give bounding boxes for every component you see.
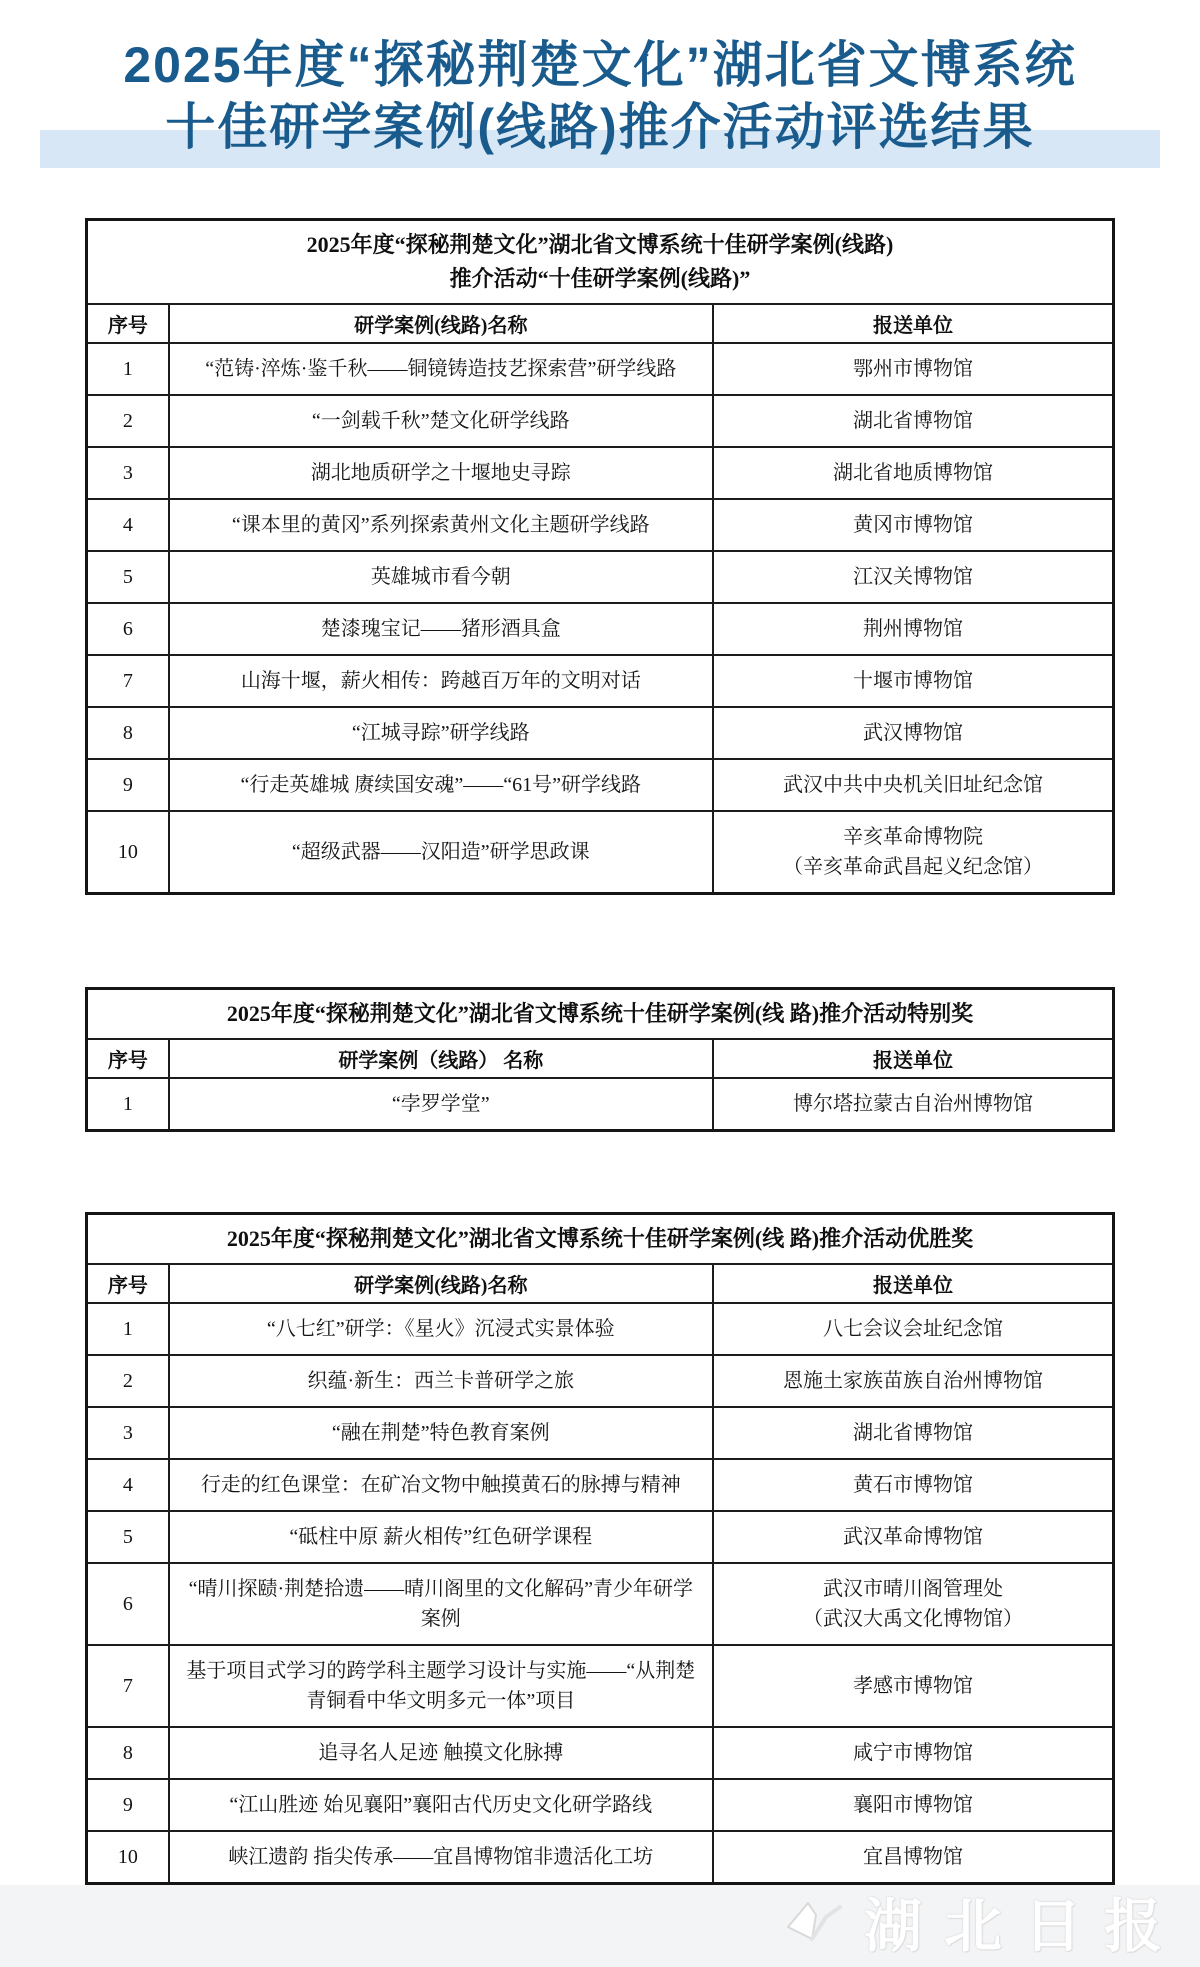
cell-serial: 6 (87, 1563, 169, 1645)
table-row: 7基于项目式学习的跨学科主题学习设计与实施——“从荆楚青铜看中华文明多元一体”项… (87, 1645, 1114, 1727)
cell-case-name: 行走的红色课堂：在矿冶文物中触摸黄石的脉搏与精神 (169, 1459, 713, 1511)
cell-case-name: “行走英雄城 赓续国安魂”——“61号”研学线路 (169, 759, 713, 811)
column-header: 研学案例(线路)名称 (169, 304, 713, 343)
table-row: 10“超级武器——汉阳造”研学思政课辛亥革命博物院 （辛亥革命武昌起义纪念馆） (87, 811, 1114, 894)
cell-case-name: 湖北地质研学之十堰地史寻踪 (169, 447, 713, 499)
cell-serial: 2 (87, 395, 169, 447)
cell-serial: 1 (87, 1078, 169, 1131)
column-header: 研学案例（线路） 名称 (169, 1039, 713, 1078)
table-row: 9“行走英雄城 赓续国安魂”——“61号”研学线路武汉中共中央机关旧址纪念馆 (87, 759, 1114, 811)
cell-case-name: 追寻名人足迹 触摸文化脉搏 (169, 1727, 713, 1779)
table-row: 4“课本里的黄冈”系列探索黄州文化主题研学线路黄冈市博物馆 (87, 499, 1114, 551)
table-title-line: 推介活动“十佳研学案例(线路)” (98, 262, 1102, 296)
column-header: 序号 (87, 304, 169, 343)
page-title: 2025年度“探秘荆楚文化”湖北省文博系统 十佳研学案例(线路)推介活动评选结果 (0, 0, 1200, 172)
column-header-row: 序号研学案例(线路)名称报送单位 (87, 304, 1114, 343)
table-row: 7山海十堰，薪火相传：跨越百万年的文明对话十堰市博物馆 (87, 655, 1114, 707)
cell-submitting-unit: 武汉革命博物馆 (713, 1511, 1114, 1563)
cell-case-name: “八七红”研学：《星火》沉浸式实景体验 (169, 1303, 713, 1355)
table-title: 2025年度“探秘荆楚文化”湖北省文博系统十佳研学案例(线 路)推介活动优胜奖 (87, 1214, 1114, 1265)
column-header: 报送单位 (713, 304, 1114, 343)
cell-case-name: “晴川探赜·荆楚拾遗——晴川阁里的文化解码”青少年研学案例 (169, 1563, 713, 1645)
cell-serial: 1 (87, 343, 169, 395)
table-row: 4行走的红色课堂：在矿冶文物中触摸黄石的脉搏与精神黄石市博物馆 (87, 1459, 1114, 1511)
cell-serial: 8 (87, 707, 169, 759)
table-row: 6楚漆瑰宝记——猪形酒具盒荆州博物馆 (87, 603, 1114, 655)
top-ten-award-table: 2025年度“探秘荆楚文化”湖北省文博系统十佳研学案例(线路)推介活动“十佳研学… (85, 218, 1115, 895)
column-header: 序号 (87, 1039, 169, 1078)
cell-serial: 5 (87, 1511, 169, 1563)
cell-serial: 7 (87, 655, 169, 707)
cell-case-name: 楚漆瑰宝记——猪形酒具盒 (169, 603, 713, 655)
cell-submitting-unit: 湖北省地质博物馆 (713, 447, 1114, 499)
cell-submitting-unit: 鄂州市博物馆 (713, 343, 1114, 395)
cell-case-name: “一剑载千秋”楚文化研学线路 (169, 395, 713, 447)
page: 2025年度“探秘荆楚文化”湖北省文博系统 十佳研学案例(线路)推介活动评选结果… (0, 0, 1200, 1967)
cell-submitting-unit: 武汉博物馆 (713, 707, 1114, 759)
cell-submitting-unit: 咸宁市博物馆 (713, 1727, 1114, 1779)
table-row: 2织蕴·新生：西兰卡普研学之旅恩施土家族苗族自治州博物馆 (87, 1355, 1114, 1407)
table-title-line: 2025年度“探秘荆楚文化”湖北省文博系统十佳研学案例(线 路)推介活动优胜奖 (98, 1222, 1102, 1256)
cell-submitting-unit: 黄石市博物馆 (713, 1459, 1114, 1511)
special-award-table: 2025年度“探秘荆楚文化”湖北省文博系统十佳研学案例(线 路)推介活动特别奖序… (85, 987, 1115, 1132)
cell-serial: 9 (87, 1779, 169, 1831)
table-row: 10峡江遗韵 指尖传承——宜昌博物馆非遗活化工坊宜昌博物馆 (87, 1831, 1114, 1884)
cell-submitting-unit: 宜昌博物馆 (713, 1831, 1114, 1884)
table-row: 1“八七红”研学：《星火》沉浸式实景体验八七会议会址纪念馆 (87, 1303, 1114, 1355)
table-title: 2025年度“探秘荆楚文化”湖北省文博系统十佳研学案例(线路)推介活动“十佳研学… (87, 220, 1114, 305)
cell-serial: 3 (87, 447, 169, 499)
cell-submitting-unit: 湖北省博物馆 (713, 395, 1114, 447)
table-row: 1“范铸·淬炼·鉴千秋——铜镜铸造技艺探索营”研学线路鄂州市博物馆 (87, 343, 1114, 395)
table-row: 9“江山胜迹 始见襄阳”襄阳古代历史文化研学路线襄阳市博物馆 (87, 1779, 1114, 1831)
cell-submitting-unit: 十堰市博物馆 (713, 655, 1114, 707)
merit-award-table-grid: 2025年度“探秘荆楚文化”湖北省文博系统十佳研学案例(线 路)推介活动优胜奖序… (85, 1212, 1115, 1885)
table-row: 5“砥柱中原 薪火相传”红色研学课程武汉革命博物馆 (87, 1511, 1114, 1563)
cell-serial: 2 (87, 1355, 169, 1407)
cell-case-name: 织蕴·新生：西兰卡普研学之旅 (169, 1355, 713, 1407)
cell-serial: 3 (87, 1407, 169, 1459)
cell-case-name: 英雄城市看今朝 (169, 551, 713, 603)
cell-case-name: “江城寻踪”研学线路 (169, 707, 713, 759)
column-header-row: 序号研学案例(线路)名称报送单位 (87, 1264, 1114, 1303)
cell-serial: 9 (87, 759, 169, 811)
cell-submitting-unit: 武汉中共中央机关旧址纪念馆 (713, 759, 1114, 811)
table-row: 2“一剑载千秋”楚文化研学线路湖北省博物馆 (87, 395, 1114, 447)
cell-case-name: 山海十堰，薪火相传：跨越百万年的文明对话 (169, 655, 713, 707)
cell-serial: 6 (87, 603, 169, 655)
table-title: 2025年度“探秘荆楚文化”湖北省文博系统十佳研学案例(线 路)推介活动特别奖 (87, 989, 1114, 1040)
cell-submitting-unit: 荆州博物馆 (713, 603, 1114, 655)
cell-case-name: “江山胜迹 始见襄阳”襄阳古代历史文化研学路线 (169, 1779, 713, 1831)
cell-case-name: “范铸·淬炼·鉴千秋——铜镜铸造技艺探索营”研学线路 (169, 343, 713, 395)
table-row: 8追寻名人足迹 触摸文化脉搏咸宁市博物馆 (87, 1727, 1114, 1779)
table-row: 3湖北地质研学之十堰地史寻踪湖北省地质博物馆 (87, 447, 1114, 499)
cell-serial: 5 (87, 551, 169, 603)
table-row: 6“晴川探赜·荆楚拾遗——晴川阁里的文化解码”青少年研学案例武汉市晴川阁管理处 … (87, 1563, 1114, 1645)
table-title-line: 2025年度“探秘荆楚文化”湖北省文博系统十佳研学案例(线 路)推介活动特别奖 (98, 997, 1102, 1031)
cell-submitting-unit: 江汉关博物馆 (713, 551, 1114, 603)
column-header: 研学案例(线路)名称 (169, 1264, 713, 1303)
cell-submitting-unit: 孝感市博物馆 (713, 1645, 1114, 1727)
table-title-line: 2025年度“探秘荆楚文化”湖北省文博系统十佳研学案例(线路) (98, 228, 1102, 262)
table-row: 3“融在荆楚”特色教育案例湖北省博物馆 (87, 1407, 1114, 1459)
page-title-line1: 2025年度“探秘荆楚文化”湖北省文博系统 (0, 34, 1200, 96)
cell-case-name: “砥柱中原 薪火相传”红色研学课程 (169, 1511, 713, 1563)
merit-award-table: 2025年度“探秘荆楚文化”湖北省文博系统十佳研学案例(线 路)推介活动优胜奖序… (85, 1212, 1115, 1885)
top-ten-award-table-grid: 2025年度“探秘荆楚文化”湖北省文博系统十佳研学案例(线路)推介活动“十佳研学… (85, 218, 1115, 895)
column-header: 报送单位 (713, 1039, 1114, 1078)
cell-serial: 7 (87, 1645, 169, 1727)
special-award-table-grid: 2025年度“探秘荆楚文化”湖北省文博系统十佳研学案例(线 路)推介活动特别奖序… (85, 987, 1115, 1132)
table-row: 5英雄城市看今朝江汉关博物馆 (87, 551, 1114, 603)
column-header: 报送单位 (713, 1264, 1114, 1303)
column-header: 序号 (87, 1264, 169, 1303)
cell-submitting-unit: 八七会议会址纪念馆 (713, 1303, 1114, 1355)
cell-case-name: 峡江遗韵 指尖传承——宜昌博物馆非遗活化工坊 (169, 1831, 713, 1884)
cell-serial: 1 (87, 1303, 169, 1355)
watermark-text: 湖北日报 (864, 1879, 1184, 1963)
cell-submitting-unit: 武汉市晴川阁管理处 （武汉大禹文化博物馆） (713, 1563, 1114, 1645)
table-row: 1“孛罗学堂”博尔塔拉蒙古自治州博物馆 (87, 1078, 1114, 1131)
cell-submitting-unit: 襄阳市博物馆 (713, 1779, 1114, 1831)
cell-case-name: “融在荆楚”特色教育案例 (169, 1407, 713, 1459)
cell-submitting-unit: 湖北省博物馆 (713, 1407, 1114, 1459)
cell-submitting-unit: 博尔塔拉蒙古自治州博物馆 (713, 1078, 1114, 1131)
cell-case-name: 基于项目式学习的跨学科主题学习设计与实施——“从荆楚青铜看中华文明多元一体”项目 (169, 1645, 713, 1727)
cell-submitting-unit: 辛亥革命博物院 （辛亥革命武昌起义纪念馆） (713, 811, 1114, 894)
column-header-row: 序号研学案例（线路） 名称报送单位 (87, 1039, 1114, 1078)
watermark: 湖北日报 (782, 1879, 1184, 1963)
hubei-daily-bird-icon (782, 1893, 846, 1949)
table-row: 8“江城寻踪”研学线路武汉博物馆 (87, 707, 1114, 759)
cell-serial: 10 (87, 1831, 169, 1884)
cell-serial: 4 (87, 499, 169, 551)
cell-submitting-unit: 黄冈市博物馆 (713, 499, 1114, 551)
cell-case-name: “课本里的黄冈”系列探索黄州文化主题研学线路 (169, 499, 713, 551)
cell-serial: 4 (87, 1459, 169, 1511)
footer-strip: 湖北日报 (0, 1885, 1200, 1967)
cell-serial: 10 (87, 811, 169, 894)
cell-serial: 8 (87, 1727, 169, 1779)
cell-case-name: “超级武器——汉阳造”研学思政课 (169, 811, 713, 894)
cell-submitting-unit: 恩施土家族苗族自治州博物馆 (713, 1355, 1114, 1407)
cell-case-name: “孛罗学堂” (169, 1078, 713, 1131)
page-title-line2: 十佳研学案例(线路)推介活动评选结果 (0, 96, 1200, 158)
